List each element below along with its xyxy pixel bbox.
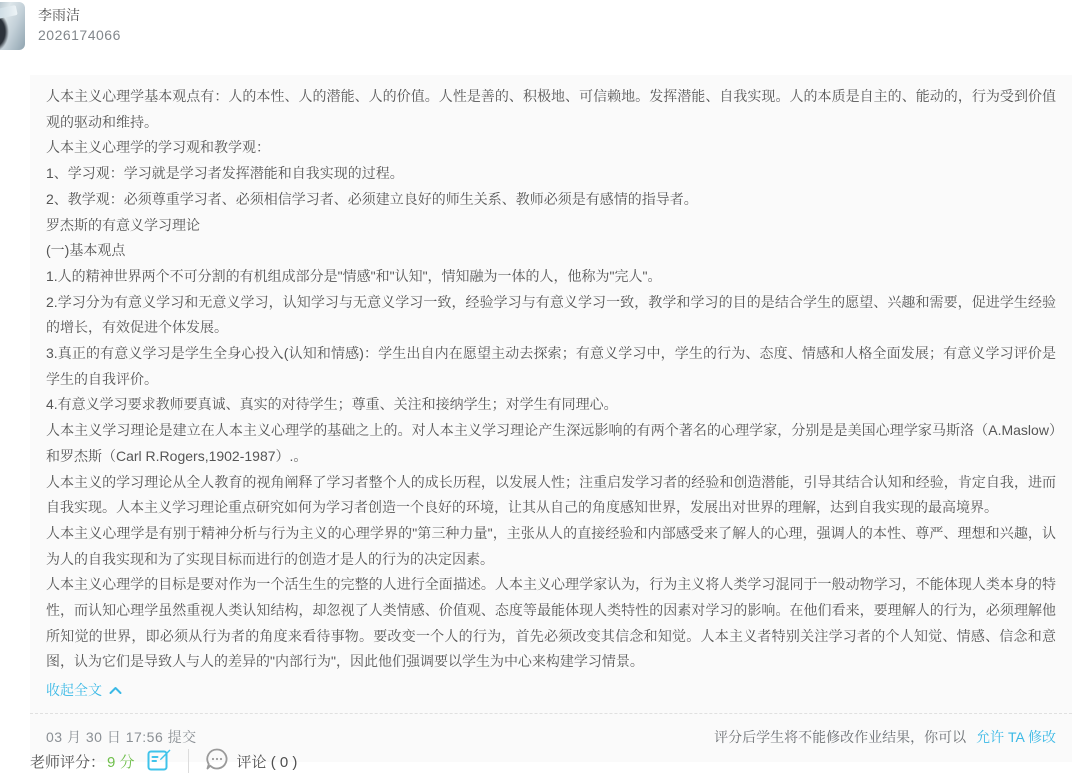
collapse-label: 收起全文 bbox=[46, 678, 102, 703]
modify-hint-text: 评分后学生将不能修改作业结果，你可以 bbox=[714, 729, 966, 745]
answer-paragraph: 人本主义心理学的目标是要对作为一个活生生的完整的人进行全面描述。人本主义心理学家… bbox=[46, 572, 1056, 675]
submission-time: 03 月 30 日 17:56 提交 bbox=[46, 727, 197, 747]
vertical-divider bbox=[188, 749, 189, 773]
edit-score-button[interactable] bbox=[147, 748, 172, 775]
comment-button[interactable]: 评论 ( 0 ) bbox=[205, 747, 298, 775]
teacher-score-label: 老师评分： bbox=[30, 751, 105, 772]
comment-bubble-icon bbox=[205, 747, 229, 775]
comment-label: 评论 ( 0 ) bbox=[237, 751, 298, 772]
answer-paragraph: (一)基本观点 bbox=[46, 238, 1056, 264]
answer-paragraph: 人本主义学习理论是建立在人本主义心理学的基础之上的。对人本主义学习理论产生深远影… bbox=[46, 418, 1056, 469]
student-id: 2026174066 bbox=[38, 27, 121, 43]
answer-paragraph: 人本主义心理学是有别于精神分析与行为主义的心理学界的"第三种力量"，主张从人的直… bbox=[46, 521, 1056, 572]
answer-card: 人本主义心理学基本观点有：人的本性、人的潜能、人的价值。人性是善的、积极地、可信… bbox=[30, 75, 1072, 762]
answer-paragraph: 2、教学观：必须尊重学习者、必须相信学习者、必须建立良好的师生关系、教师必须是有… bbox=[46, 187, 1056, 213]
answer-paragraph: 1.人的精神世界两个不可分割的有机组成部分是"情感"和"认知"，情知融为一体的人… bbox=[46, 264, 1056, 290]
modify-hint: 评分后学生将不能修改作业结果，你可以允许 TA 修改 bbox=[714, 727, 1056, 747]
grading-bar: 老师评分： 9 分 评论 ( 0 ) bbox=[30, 747, 297, 775]
chevron-up-icon bbox=[109, 686, 122, 695]
answer-paragraph: 2.学习分为有意义学习和无意义学习，认知学习与无意义学习一致，经验学习与有意义学… bbox=[46, 290, 1056, 341]
student-avatar[interactable] bbox=[0, 2, 25, 50]
student-header: 李雨洁 2026174066 bbox=[0, 0, 1080, 56]
answer-paragraph: 人本主义心理学基本观点有：人的本性、人的潜能、人的价值。人性是善的、积极地、可信… bbox=[46, 84, 1056, 135]
answer-paragraph: 4.有意义学习要求教师要真诚、真实的对待学生；尊重、关注和接纳学生；对学生有同理… bbox=[46, 392, 1056, 418]
answer-text-body: 人本主义心理学基本观点有：人的本性、人的潜能、人的价值。人性是善的、积极地、可信… bbox=[30, 75, 1072, 705]
allow-modify-link[interactable]: 允许 TA 修改 bbox=[976, 729, 1056, 745]
answer-paragraph: 1、学习观：学习就是学习者发挥潜能和自我实现的过程。 bbox=[46, 161, 1056, 187]
answer-paragraph: 罗杰斯的有意义学习理论 bbox=[46, 213, 1056, 239]
edit-score-icon bbox=[147, 748, 172, 775]
student-name: 李雨洁 bbox=[38, 5, 80, 25]
collapse-full-text-link[interactable]: 收起全文 bbox=[46, 678, 122, 705]
answer-paragraph: 3.真正的有意义学习是学生全身心投入(认知和情感)：学生出自内在愿望主动去探索；… bbox=[46, 341, 1056, 392]
teacher-score-value: 9 分 bbox=[107, 751, 135, 772]
answer-paragraph: 人本主义心理学的学习观和教学观： bbox=[46, 135, 1056, 161]
answer-paragraph: 人本主义的学习理论从全人教育的视角阐释了学习者整个人的成长历程，以发展人性；注重… bbox=[46, 470, 1056, 521]
